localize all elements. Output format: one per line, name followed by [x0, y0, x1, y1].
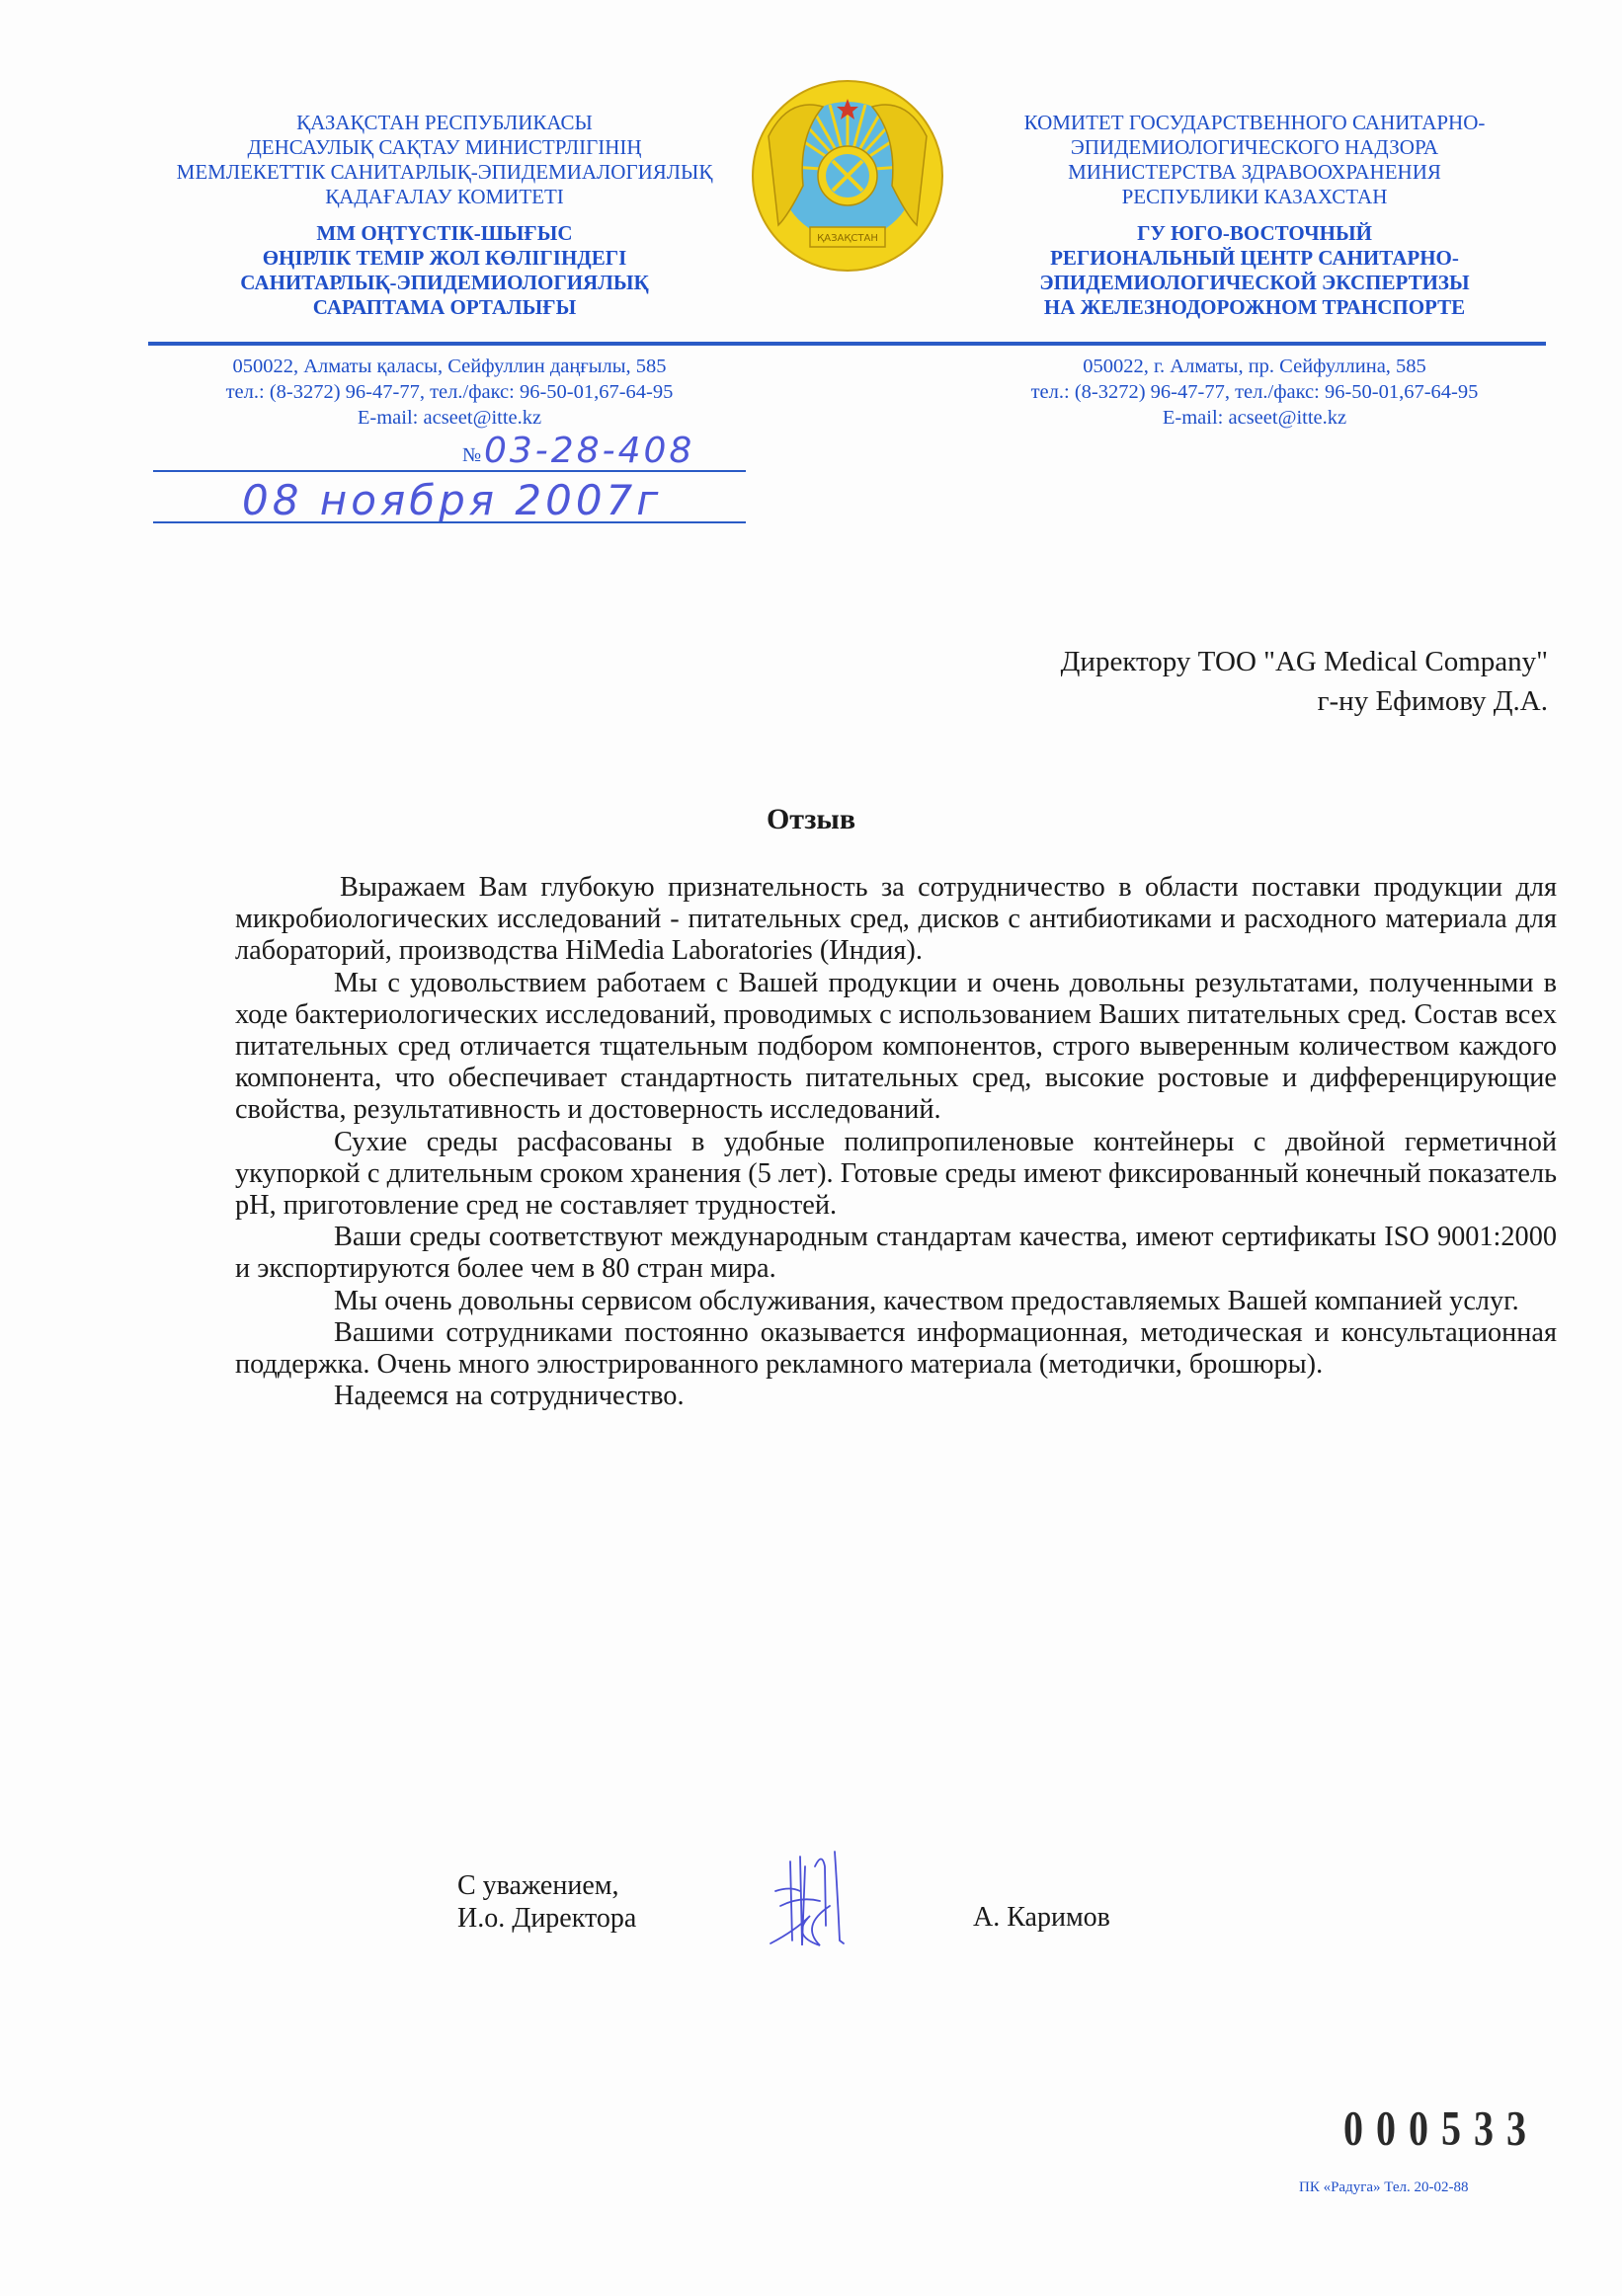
kazakh-ministry-line: ҚАЗАҚСТАН РЕСПУБЛИКАСЫ [148, 111, 741, 135]
email-line: E-mail: acseet@itte.kz [153, 405, 746, 431]
kazakh-center-line: ММ ОҢТҮСТІК-ШЫҒЫС [148, 221, 741, 246]
body-paragraph: Ваши среды соответствуют международным с… [235, 1222, 1557, 1285]
reg-number-underline [153, 470, 746, 472]
document-body: Выражаем Вам глубокую признательность за… [235, 872, 1557, 1412]
russian-center-line: ГУ ЮГО-ВОСТОЧНЫЙ [963, 221, 1546, 246]
letterhead-kazakh: ҚАЗАҚСТАН РЕСПУБЛИКАСЫ ДЕНСАУЛЫҚ САҚТАУ … [148, 111, 741, 320]
address-line: 050022, Алматы қаласы, Сейфуллин даңғылы… [153, 354, 746, 379]
kazakh-center-line: САНИТАРЛЫҚ-ЭПИДЕМИОЛОГИЯЛЫҚ [148, 271, 741, 295]
russian-center-line: НА ЖЕЛЕЗНОДОРОЖНОМ ТРАНСПОРТЕ [963, 295, 1546, 320]
date-underline [153, 521, 746, 523]
body-paragraph: Мы очень довольны сервисом обслуживания,… [235, 1286, 1557, 1317]
closing-block: С уважением, И.о. Директора [457, 1869, 636, 1935]
signer-position: И.о. Директора [457, 1902, 636, 1935]
russian-ministry-line: МИНИСТЕРСТВА ЗДРАВООХРАНЕНИЯ [963, 160, 1546, 185]
handwritten-signature-icon [761, 1847, 869, 1955]
recipient-name: г-ну Ефимову Д.А. [1061, 681, 1548, 721]
kazakh-ministry-line: ҚАДАҒАЛАУ КОМИТЕТІ [148, 185, 741, 209]
letterhead-russian: КОМИТЕТ ГОСУДАРСТВЕННОГО САНИТАРНО- ЭПИД… [963, 111, 1546, 320]
address-russian: 050022, г. Алматы, пр. Сейфуллина, 585 т… [958, 354, 1551, 431]
recipient-title: Директору ТОО "AG Medical Company" [1061, 642, 1548, 681]
phone-line: тел.: (8-3272) 96-47-77, тел./факс: 96-5… [958, 379, 1551, 405]
russian-center-block: ГУ ЮГО-ВОСТОЧНЫЙ РЕГИОНАЛЬНЫЙ ЦЕНТР САНИ… [963, 221, 1546, 320]
russian-center-line: РЕГИОНАЛЬНЫЙ ЦЕНТР САНИТАРНО- [963, 246, 1546, 271]
closing-salutation: С уважением, [457, 1869, 636, 1902]
address-line: 050022, г. Алматы, пр. Сейфуллина, 585 [958, 354, 1551, 379]
date-handwritten: 08 ноября 2007г [242, 476, 662, 524]
russian-ministry-line: КОМИТЕТ ГОСУДАРСТВЕННОГО САНИТАРНО- [963, 111, 1546, 135]
russian-center-line: ЭПИДЕМИОЛОГИЧЕСКОЙ ЭКСПЕРТИЗЫ [963, 271, 1546, 295]
phone-line: тел.: (8-3272) 96-47-77, тел./факс: 96-5… [153, 379, 746, 405]
document-title: Отзыв [0, 803, 1622, 836]
recipient-block: Директору ТОО "AG Medical Company" г-ну … [1061, 642, 1548, 721]
serial-number: 000533 [1343, 2098, 1539, 2157]
email-line: E-mail: acseet@itte.kz [958, 405, 1551, 431]
letterhead-divider [148, 342, 1546, 346]
kazakh-ministry-line: ДЕНСАУЛЫҚ САҚТАУ МИНИСТРЛІГІНІҢ [148, 135, 741, 160]
kazakh-center-block: ММ ОҢТҮСТІК-ШЫҒЫС ӨҢІРЛІК ТЕМІР ЖОЛ КӨЛІ… [148, 221, 741, 320]
kazakh-center-line: САРАПТАМА ОРТАЛЫҒЫ [148, 295, 741, 320]
russian-ministry-line: ЭПИДЕМИОЛОГИЧЕСКОГО НАДЗОРА [963, 135, 1546, 160]
body-paragraph: Вашими сотрудниками постоянно оказываетс… [235, 1317, 1557, 1381]
reg-number-label: № [462, 444, 481, 467]
reg-number-handwritten: 03-28-408 [484, 431, 694, 471]
russian-ministry-line: РЕСПУБЛИКИ КАЗАХСТАН [963, 185, 1546, 209]
address-kazakh: 050022, Алматы қаласы, Сейфуллин даңғылы… [153, 354, 746, 431]
state-emblem-icon: ҚАЗАҚСТАН [749, 77, 946, 275]
body-paragraph: Сухие среды расфасованы в удобные полипр… [235, 1127, 1557, 1223]
body-paragraph: Мы с удовольствием работаем с Вашей прод… [235, 968, 1557, 1127]
printer-imprint: ПК «Радуга» Тел. 20-02-88 [1299, 2179, 1469, 2196]
kazakh-center-line: ӨҢІРЛІК ТЕМІР ЖОЛ КӨЛІГІНДЕГІ [148, 246, 741, 271]
signer-name: А. Каримов [973, 1902, 1110, 1934]
body-paragraph: Выражаем Вам глубокую признательность за… [235, 872, 1557, 968]
svg-text:ҚАЗАҚСТАН: ҚАЗАҚСТАН [817, 233, 878, 244]
body-paragraph: Надеемся на сотрудничество. [235, 1381, 1557, 1412]
kazakh-ministry-line: МЕМЛЕКЕТТІК САНИТАРЛЫҚ-ЭПИДЕМИАЛОГИЯЛЫҚ [148, 160, 741, 185]
